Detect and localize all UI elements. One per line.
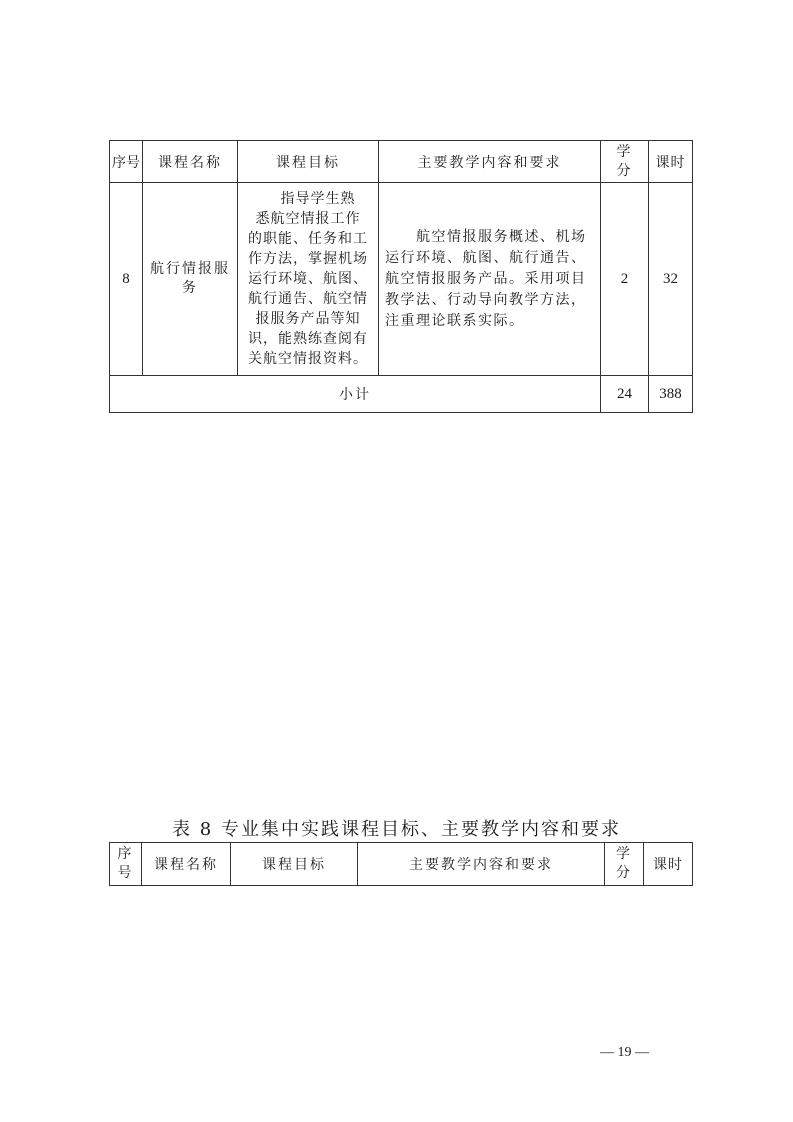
cell-hours: 32: [649, 183, 693, 376]
cell-course-name: 航行情报服 务: [143, 183, 238, 376]
header-course-goal: 课程目标: [231, 843, 358, 886]
table-header-row: 序号 课程名称 课程目标 主要教学内容和要求 学 分 课时: [110, 141, 693, 183]
cell-seq: 8: [110, 183, 143, 376]
subtotal-row: 小计 24 388: [110, 376, 693, 413]
header-credit: 学 分: [605, 843, 644, 886]
page-number: — 19 —: [600, 1045, 649, 1061]
header-credit: 学 分: [601, 141, 649, 183]
cell-credit: 2: [601, 183, 649, 376]
header-content: 主要教学内容和要求: [358, 843, 605, 886]
header-hours: 课时: [649, 141, 693, 183]
header-hours: 课时: [644, 843, 693, 886]
subtotal-credit: 24: [601, 376, 649, 413]
header-course-name: 课程名称: [143, 141, 238, 183]
subtotal-label: 小计: [110, 376, 601, 413]
practice-course-table: 序 号 课程名称 课程目标 主要教学内容和要求 学 分 课时: [109, 842, 693, 886]
course-table-continued: 序号 课程名称 课程目标 主要教学内容和要求 学 分 课时 8 航行情报服 务 …: [109, 140, 693, 413]
table-header-row: 序 号 课程名称 课程目标 主要教学内容和要求 学 分 课时: [110, 843, 693, 886]
table-row: 8 航行情报服 务 指导学生熟 悉航空情报工作 的职能、任务和工 作方法，掌握机…: [110, 183, 693, 376]
cell-content: 航空情报服务概述、机场 运行环境、航图、航行通告、 航空情报服务产品。采用项目 …: [379, 183, 601, 376]
header-course-name: 课程名称: [142, 843, 231, 886]
header-content: 主要教学内容和要求: [379, 141, 601, 183]
table-caption: 表 8 专业集中实践课程目标、主要教学内容和要求: [0, 815, 793, 841]
header-course-goal: 课程目标: [238, 141, 379, 183]
header-seq: 序 号: [110, 843, 142, 886]
header-seq: 序号: [110, 141, 143, 183]
cell-course-goal: 指导学生熟 悉航空情报工作 的职能、任务和工 作方法，掌握机场 运行环境、航图、…: [238, 183, 379, 376]
subtotal-hours: 388: [649, 376, 693, 413]
